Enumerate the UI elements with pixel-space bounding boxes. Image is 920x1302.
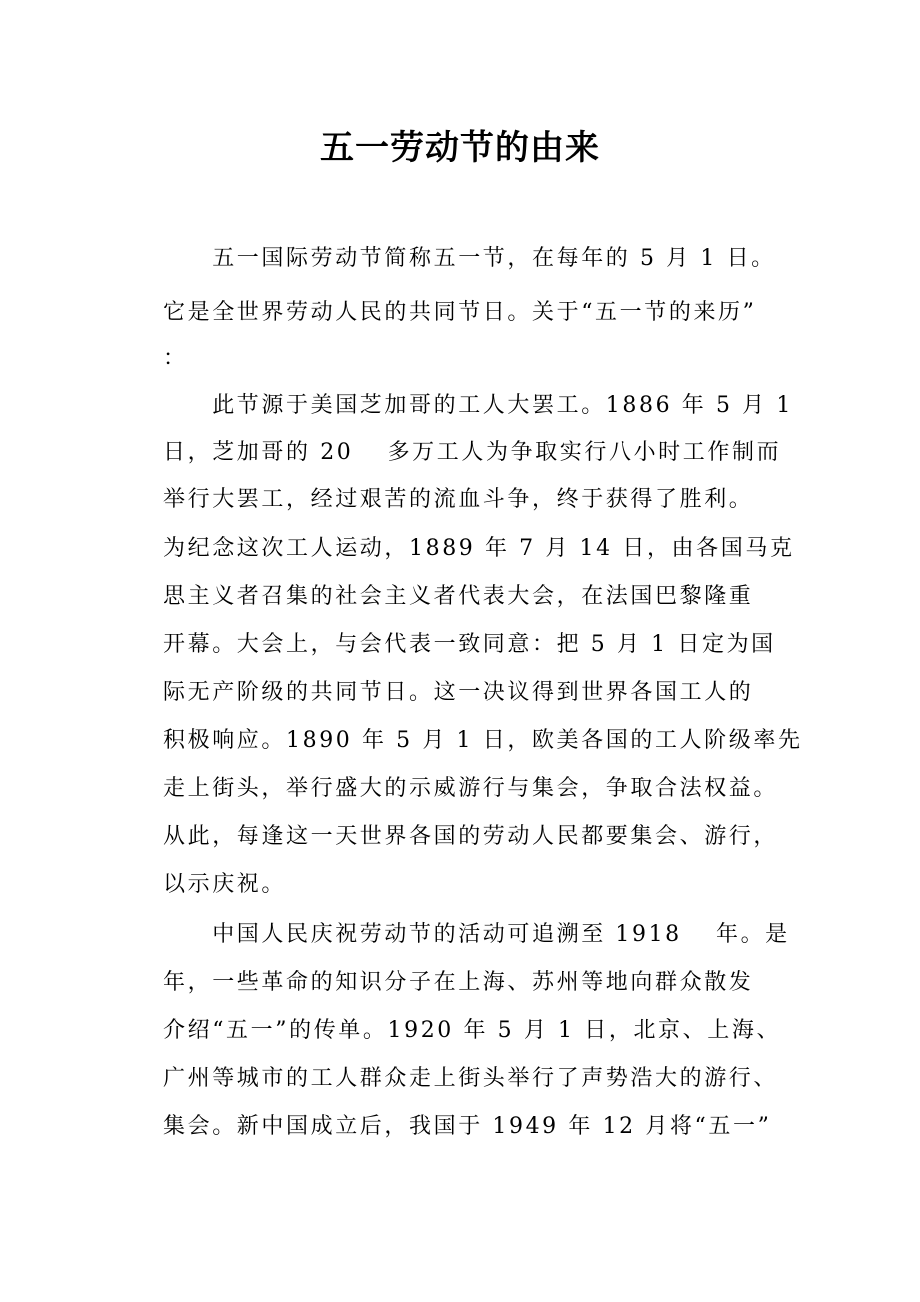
paragraph-3-line-5: 集会。新中国成立后，我国于 1949 年 12 月将“五一” <box>163 1112 783 1142</box>
document-title: 五一劳动节的由来 <box>0 124 920 172</box>
paragraph-2-line-10: 从此，每逢这一天世界各国的劳动人民都要集会、游行， <box>163 822 783 852</box>
paragraph-2-line-6: 开幕。大会上，与会代表一致同意：把 5 月 1 日定为国 <box>163 630 783 660</box>
paragraph-2-line-11: 以示庆祝。 <box>163 870 783 900</box>
paragraph-2-line-5: 思主义者召集的社会主义者代表大会，在法国巴黎隆重 <box>163 582 783 612</box>
paragraph-2-line-7: 际无产阶级的共同节日。这一决议得到世界各国工人的 <box>163 678 783 708</box>
document-page: 五一劳动节的由来 五一国际劳动节简称五一节，在每年的 5 月 1 日。 它是全世… <box>0 0 920 1302</box>
paragraph-3-line-2: 年，一些革命的知识分子在上海、苏州等地向群众散发 <box>163 968 783 998</box>
paragraph-1-line-3: ： <box>163 344 783 374</box>
paragraph-2-line-4: 为纪念这次工人运动，1889 年 7 月 14 日，由各国马克 <box>163 534 783 564</box>
paragraph-3-line-3: 介绍“五一”的传单。1920 年 5 月 1 日，北京、上海、 <box>163 1016 783 1046</box>
paragraph-2-line-3: 举行大罢工，经过艰苦的流血斗争，终于获得了胜利。 <box>163 485 783 515</box>
paragraph-1-line-2: 它是全世界劳动人民的共同节日。关于“五一节的来历” <box>163 298 783 328</box>
paragraph-1-line-1: 五一国际劳动节简称五一节，在每年的 5 月 1 日。 <box>163 244 783 274</box>
paragraph-2-line-9: 走上街头，举行盛大的示威游行与集会，争取合法权益。 <box>163 774 783 804</box>
paragraph-2-line-2: 日，芝加哥的 20 多万工人为争取实行八小时工作制而 <box>163 438 783 468</box>
paragraph-3-line-4: 广州等城市的工人群众走上街头举行了声势浩大的游行、 <box>163 1064 783 1094</box>
paragraph-3-line-1: 中国人民庆祝劳动节的活动可追溯至 1918 年。是 <box>163 920 783 950</box>
paragraph-2-line-1: 此节源于美国芝加哥的工人大罢工。1886 年 5 月 1 <box>163 391 783 421</box>
paragraph-2-line-8: 积极响应。1890 年 5 月 1 日，欧美各国的工人阶级率先 <box>163 726 783 756</box>
